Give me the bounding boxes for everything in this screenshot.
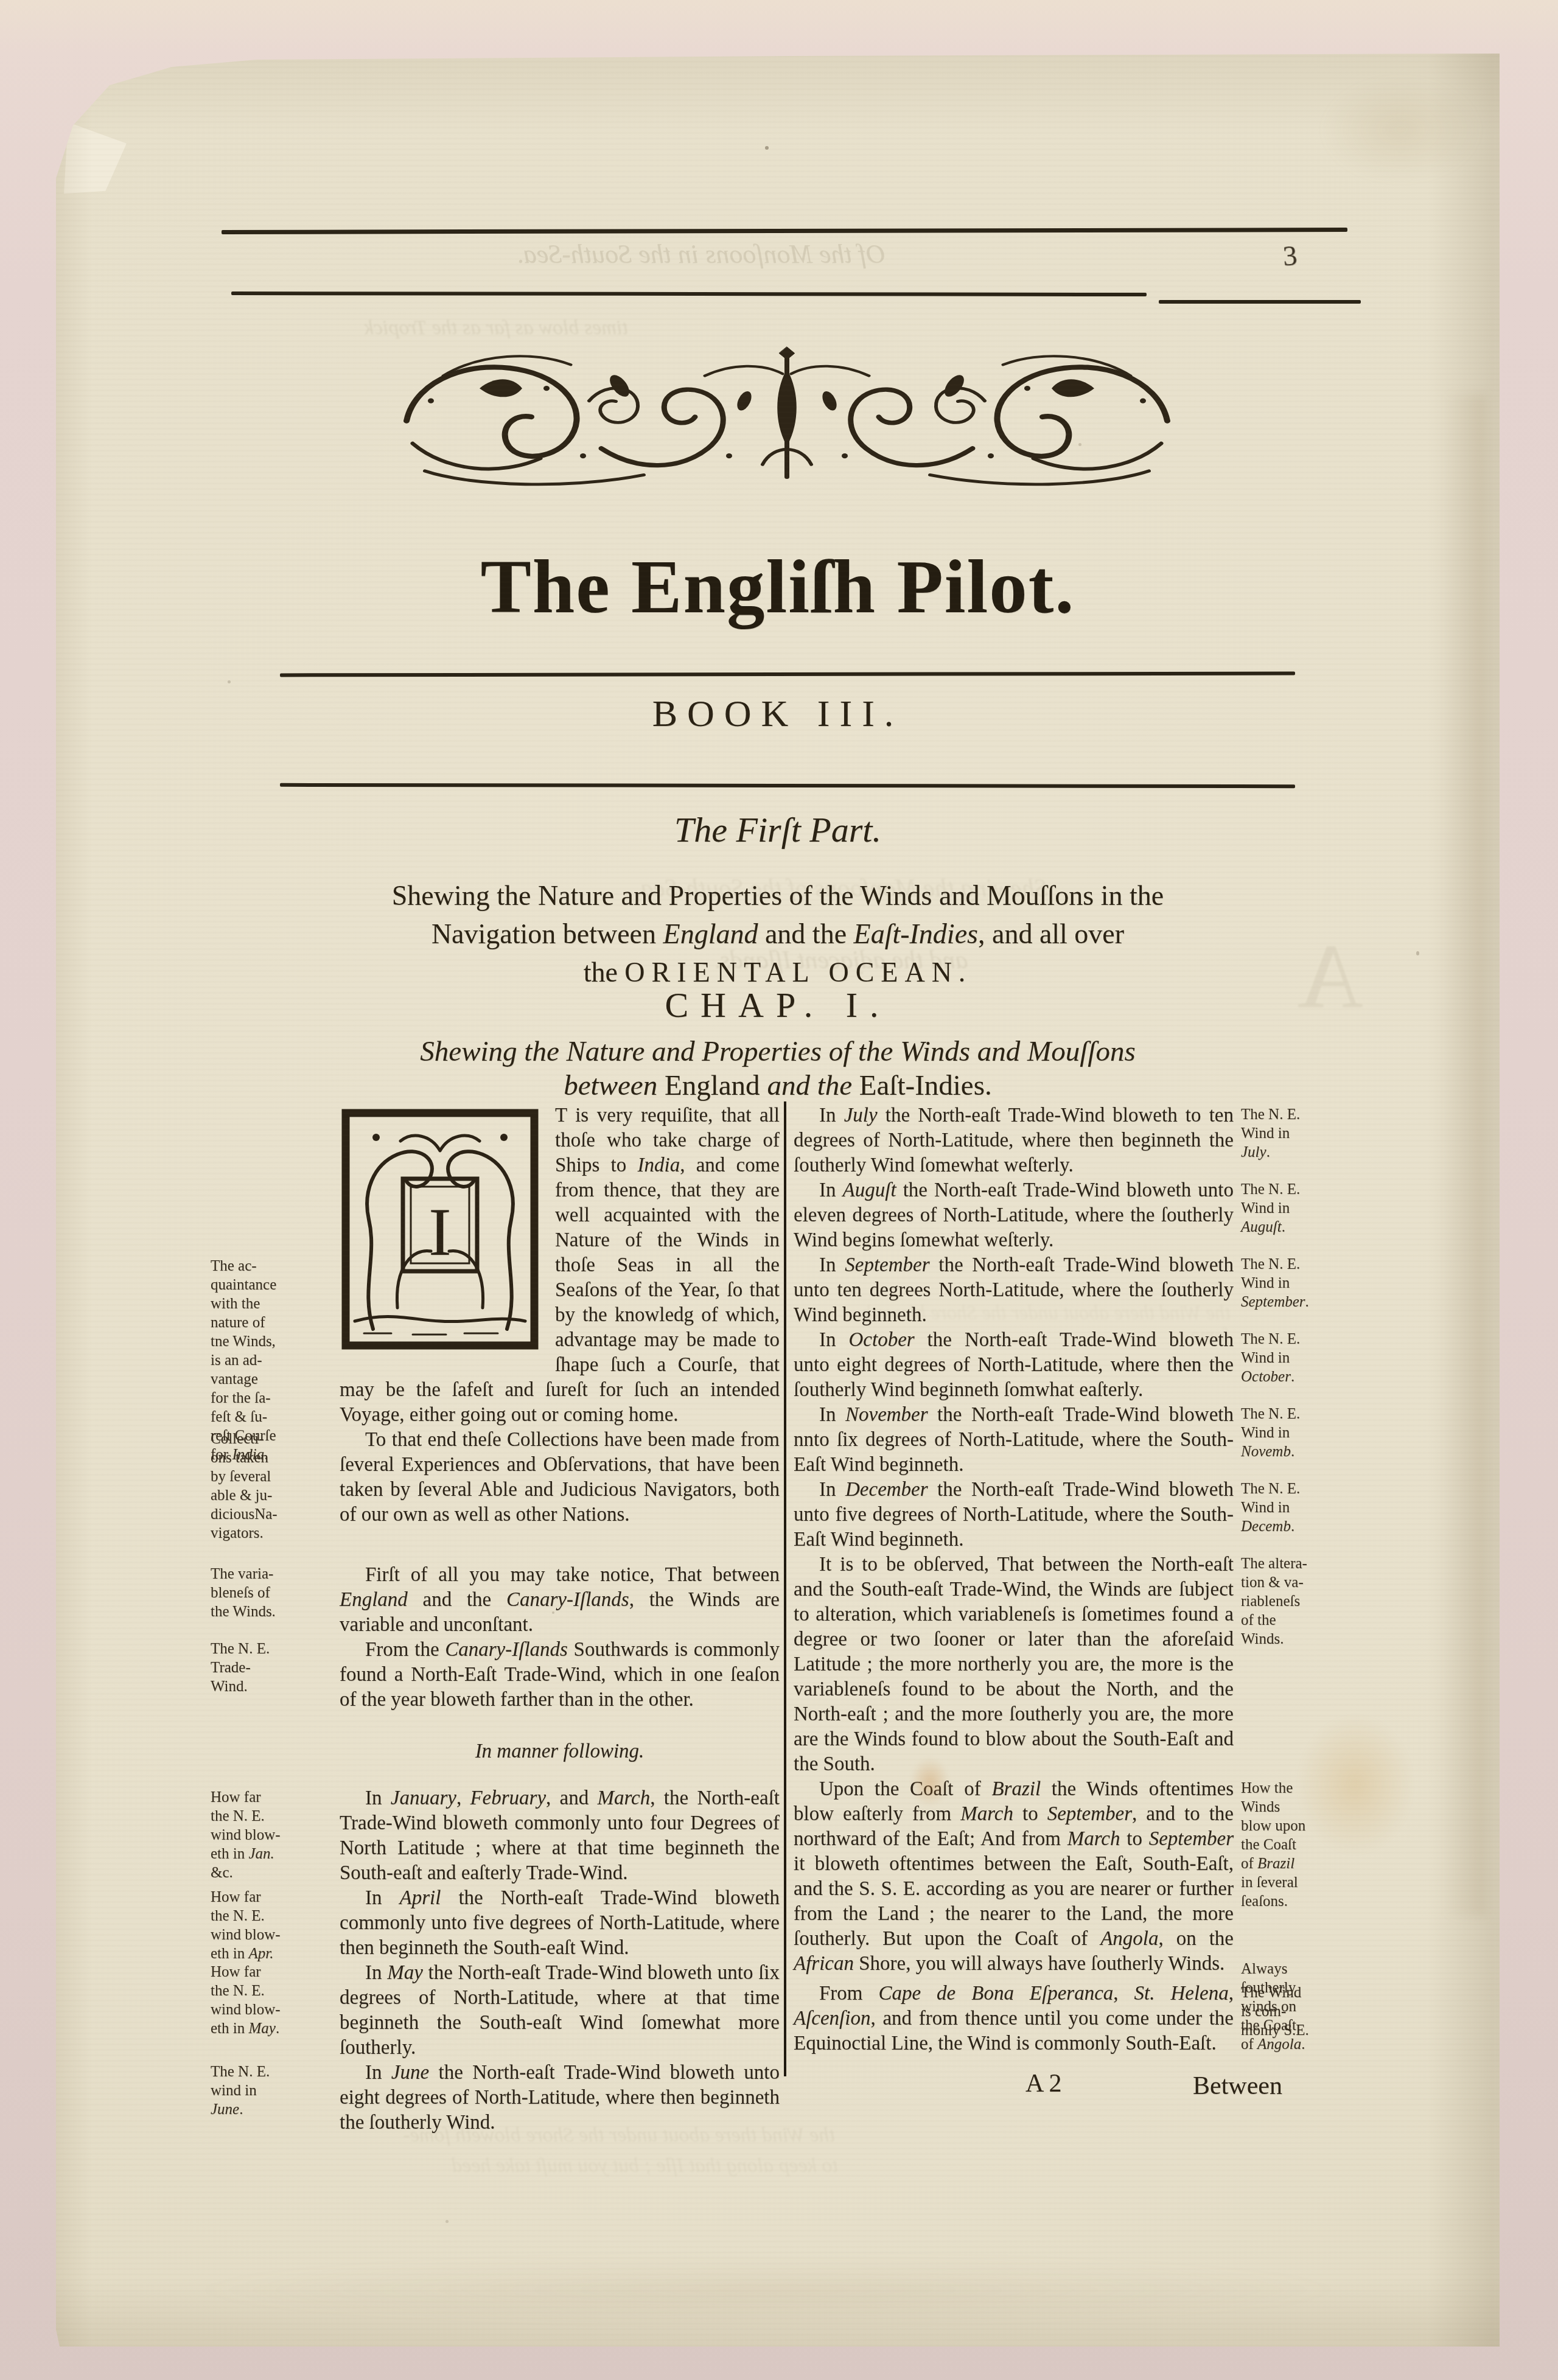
margin-note: How farthe N. E.wind blow-eth in May. <box>211 1963 331 2038</box>
margin-note: How farthe N. E.wind blow-eth in Jan.&c. <box>211 1788 331 1882</box>
subtitle: Shewing the Nature and Properties of the… <box>208 876 1347 991</box>
stain <box>190 2256 1346 2323</box>
margin-note: The varia-bleneſs ofthe Winds. <box>211 1565 331 1621</box>
body-paragraph: The N. E.wind inJune. In June the North-… <box>340 2061 780 2135</box>
margin-note: The N. E.Wind inSeptember. <box>1241 1255 1372 1311</box>
body-paragraph: The N. E.Trade-Wind. From the Canary-Iſl… <box>340 1638 780 1712</box>
body-paragraph: The N. E.Wind inSeptember. In September … <box>794 1253 1234 1328</box>
column-divider <box>784 1101 786 2076</box>
headpiece-ornament <box>388 341 1186 496</box>
body-paragraph: The N. E.Wind inDecemb. In December the … <box>794 1478 1234 1552</box>
margin-note: The altera-tion & va-riableneſsof theWin… <box>1241 1554 1372 1649</box>
body-paragraph: How farthe N. E.wind blow-eth in Apr. In… <box>340 1886 780 1961</box>
signature-mark: A 2 <box>1025 2069 1062 2098</box>
margin-note: Collecti-ons takenby ſeveralable & ju-di… <box>211 1429 331 1543</box>
margin-note: The N. E.Wind inDecemb. <box>1241 1479 1372 1536</box>
body-paragraph: How farthe N. E.wind blow-eth in Jan.&c.… <box>340 1786 780 1886</box>
page-scan: Of the Monſoons in the South-Sea. times … <box>0 0 1558 2380</box>
right-column: The N. E.Wind inJuly. In July the North-… <box>794 1103 1234 2056</box>
chapter-heading: CHAP. I. <box>208 985 1347 1025</box>
margin-note: The Windis com-monly S.E. <box>1241 1983 1372 2040</box>
masthead-rule <box>280 783 1295 788</box>
bleedthrough-line: to keep along that Iſle ; but you muſt t… <box>388 2154 838 2177</box>
paper-fleck <box>765 146 769 150</box>
book-title: The Engliſh Pilot. <box>208 544 1347 631</box>
margin-note: The N. E.Wind inNovemb. <box>1241 1405 1372 1461</box>
catchword: Between <box>1193 2071 1282 2101</box>
bleedthrough-line: times blow as far as the Tropick <box>287 316 628 340</box>
book-label: BOOK III. <box>208 693 1347 736</box>
paper-fleck <box>552 1611 554 1614</box>
body-paragraph: The N. E.Wind inNovemb. In November the … <box>794 1403 1234 1478</box>
body-paragraph: The N. E.Wind inJuly. In July the North-… <box>794 1103 1234 1178</box>
body-paragraph: The N. E.Wind inAuguſt. In Auguſt the No… <box>794 1178 1234 1253</box>
body-paragraph: Collecti-ons takenby ſeveralable & ju-di… <box>340 1428 780 1527</box>
margin-note: The N. E.Wind inOctober. <box>1241 1330 1372 1386</box>
paper-fleck <box>445 2220 449 2223</box>
left-column: The ac-quaintancewith thenature oftne Wi… <box>340 1103 780 2135</box>
body-paragraph: How theWindsblow uponthe Coaſtof Brazili… <box>794 1777 1234 1977</box>
head-rule <box>231 291 1147 296</box>
paper: Of the Monſoons in the South-Sea. times … <box>56 54 1500 2347</box>
drop-cap-block: I <box>340 1107 540 1352</box>
chapter-subheading: Shewing the Nature and Properties of the… <box>208 1035 1347 1103</box>
bleedthrough-running-header: Of the Monſoons in the South-Sea. <box>421 239 981 270</box>
masthead-rule <box>280 672 1295 677</box>
paper-torn-corner <box>54 110 134 197</box>
margin-note: The N. E.Wind inAuguſt. <box>1241 1180 1372 1237</box>
body-paragraph: The Windis com-monly S.E. From Cape de B… <box>794 1981 1234 2056</box>
margin-note: The N. E.Wind inJuly. <box>1241 1105 1372 1162</box>
head-rule <box>222 228 1347 234</box>
paper-fleck <box>228 680 231 683</box>
page-number: 3 <box>1282 239 1298 273</box>
margin-note: The N. E.Trade-Wind. <box>211 1639 331 1696</box>
interlude-heading: In manner following. <box>340 1739 780 1764</box>
paper-fleck <box>1078 443 1081 446</box>
body-paragraph: The N. E.Wind inOctober. In October the … <box>794 1328 1234 1403</box>
body-paragraph: The varia-bleneſs ofthe Winds. Firſt of … <box>340 1563 780 1638</box>
body-paragraph: The ac-quaintancewith thenature oftne Wi… <box>340 1103 780 1428</box>
stain <box>1322 78 1480 181</box>
margin-note: How farthe N. E.wind blow-eth in Apr. <box>211 1888 331 1963</box>
part-label: The Firſt Part. <box>208 809 1347 850</box>
margin-note: The N. E.wind inJune. <box>211 2062 331 2119</box>
head-rule <box>1159 300 1361 304</box>
stain <box>1444 394 1486 1916</box>
body-paragraph: How farthe N. E.wind blow-eth in May. In… <box>340 1961 780 2061</box>
drop-cap-letter: I <box>428 1195 451 1270</box>
paper-fleck <box>1416 951 1419 955</box>
margin-note: How theWindsblow uponthe Coaſtof Brazili… <box>1241 1779 1372 1911</box>
body-paragraph: The altera-tion & va-riableneſsof theWin… <box>794 1552 1234 1777</box>
